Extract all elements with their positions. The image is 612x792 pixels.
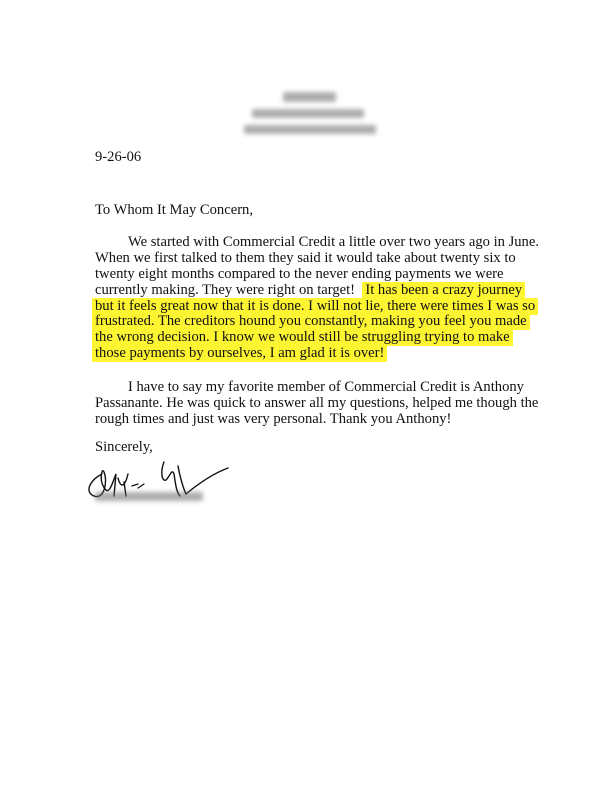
paragraph-2-line: Passanante. He was quick to answer all m…: [95, 396, 555, 412]
paragraph-1: We started with Commercial Credit a litt…: [95, 235, 555, 362]
letterhead-company-name-redacted: [283, 92, 336, 102]
paragraph-2-line: rough times and just was very personal. …: [95, 412, 555, 428]
highlighted-line: but it feels great now that it is done. …: [95, 299, 555, 315]
paragraph-2: I have to say my favorite member of Comm…: [95, 380, 555, 428]
highlighted-line: the wrong decision. I know we would stil…: [95, 330, 555, 346]
highlighted-line: those payments by ourselves, I am glad i…: [95, 346, 555, 362]
printed-name-blur: [95, 492, 203, 501]
highlighted-text: but it feels great now that it is done. …: [92, 298, 538, 315]
letterhead-street-redacted: [252, 109, 364, 118]
highlighted-text: It has been a crazy journey: [362, 282, 525, 299]
paragraph-1-line: When we first talked to them they said i…: [95, 251, 555, 267]
letterhead-redacted: [240, 90, 380, 140]
paragraph-1-line: We started with Commercial Credit a litt…: [95, 235, 555, 251]
highlighted-text: those payments by ourselves, I am glad i…: [92, 345, 387, 362]
paragraph-1-text: currently making. They were right on tar…: [95, 282, 355, 298]
paragraph-2-line: I have to say my favorite member of Comm…: [95, 380, 555, 396]
highlighted-text: the wrong decision. I know we would stil…: [92, 329, 513, 346]
salutation: To Whom It May Concern,: [95, 203, 253, 219]
highlighted-text: frustrated. The creditors hound you cons…: [92, 313, 530, 330]
highlighted-line: frustrated. The creditors hound you cons…: [95, 314, 555, 330]
letter-page: 9-26-06 To Whom It May Concern, We start…: [0, 0, 612, 792]
paragraph-1-line: currently making. They were right on tar…: [95, 283, 555, 299]
printed-name-redacted: [95, 492, 203, 502]
letter-date: 9-26-06: [95, 150, 141, 166]
paragraph-1-line: twenty eight months compared to the neve…: [95, 267, 555, 283]
letterhead-city-redacted: [244, 125, 376, 134]
